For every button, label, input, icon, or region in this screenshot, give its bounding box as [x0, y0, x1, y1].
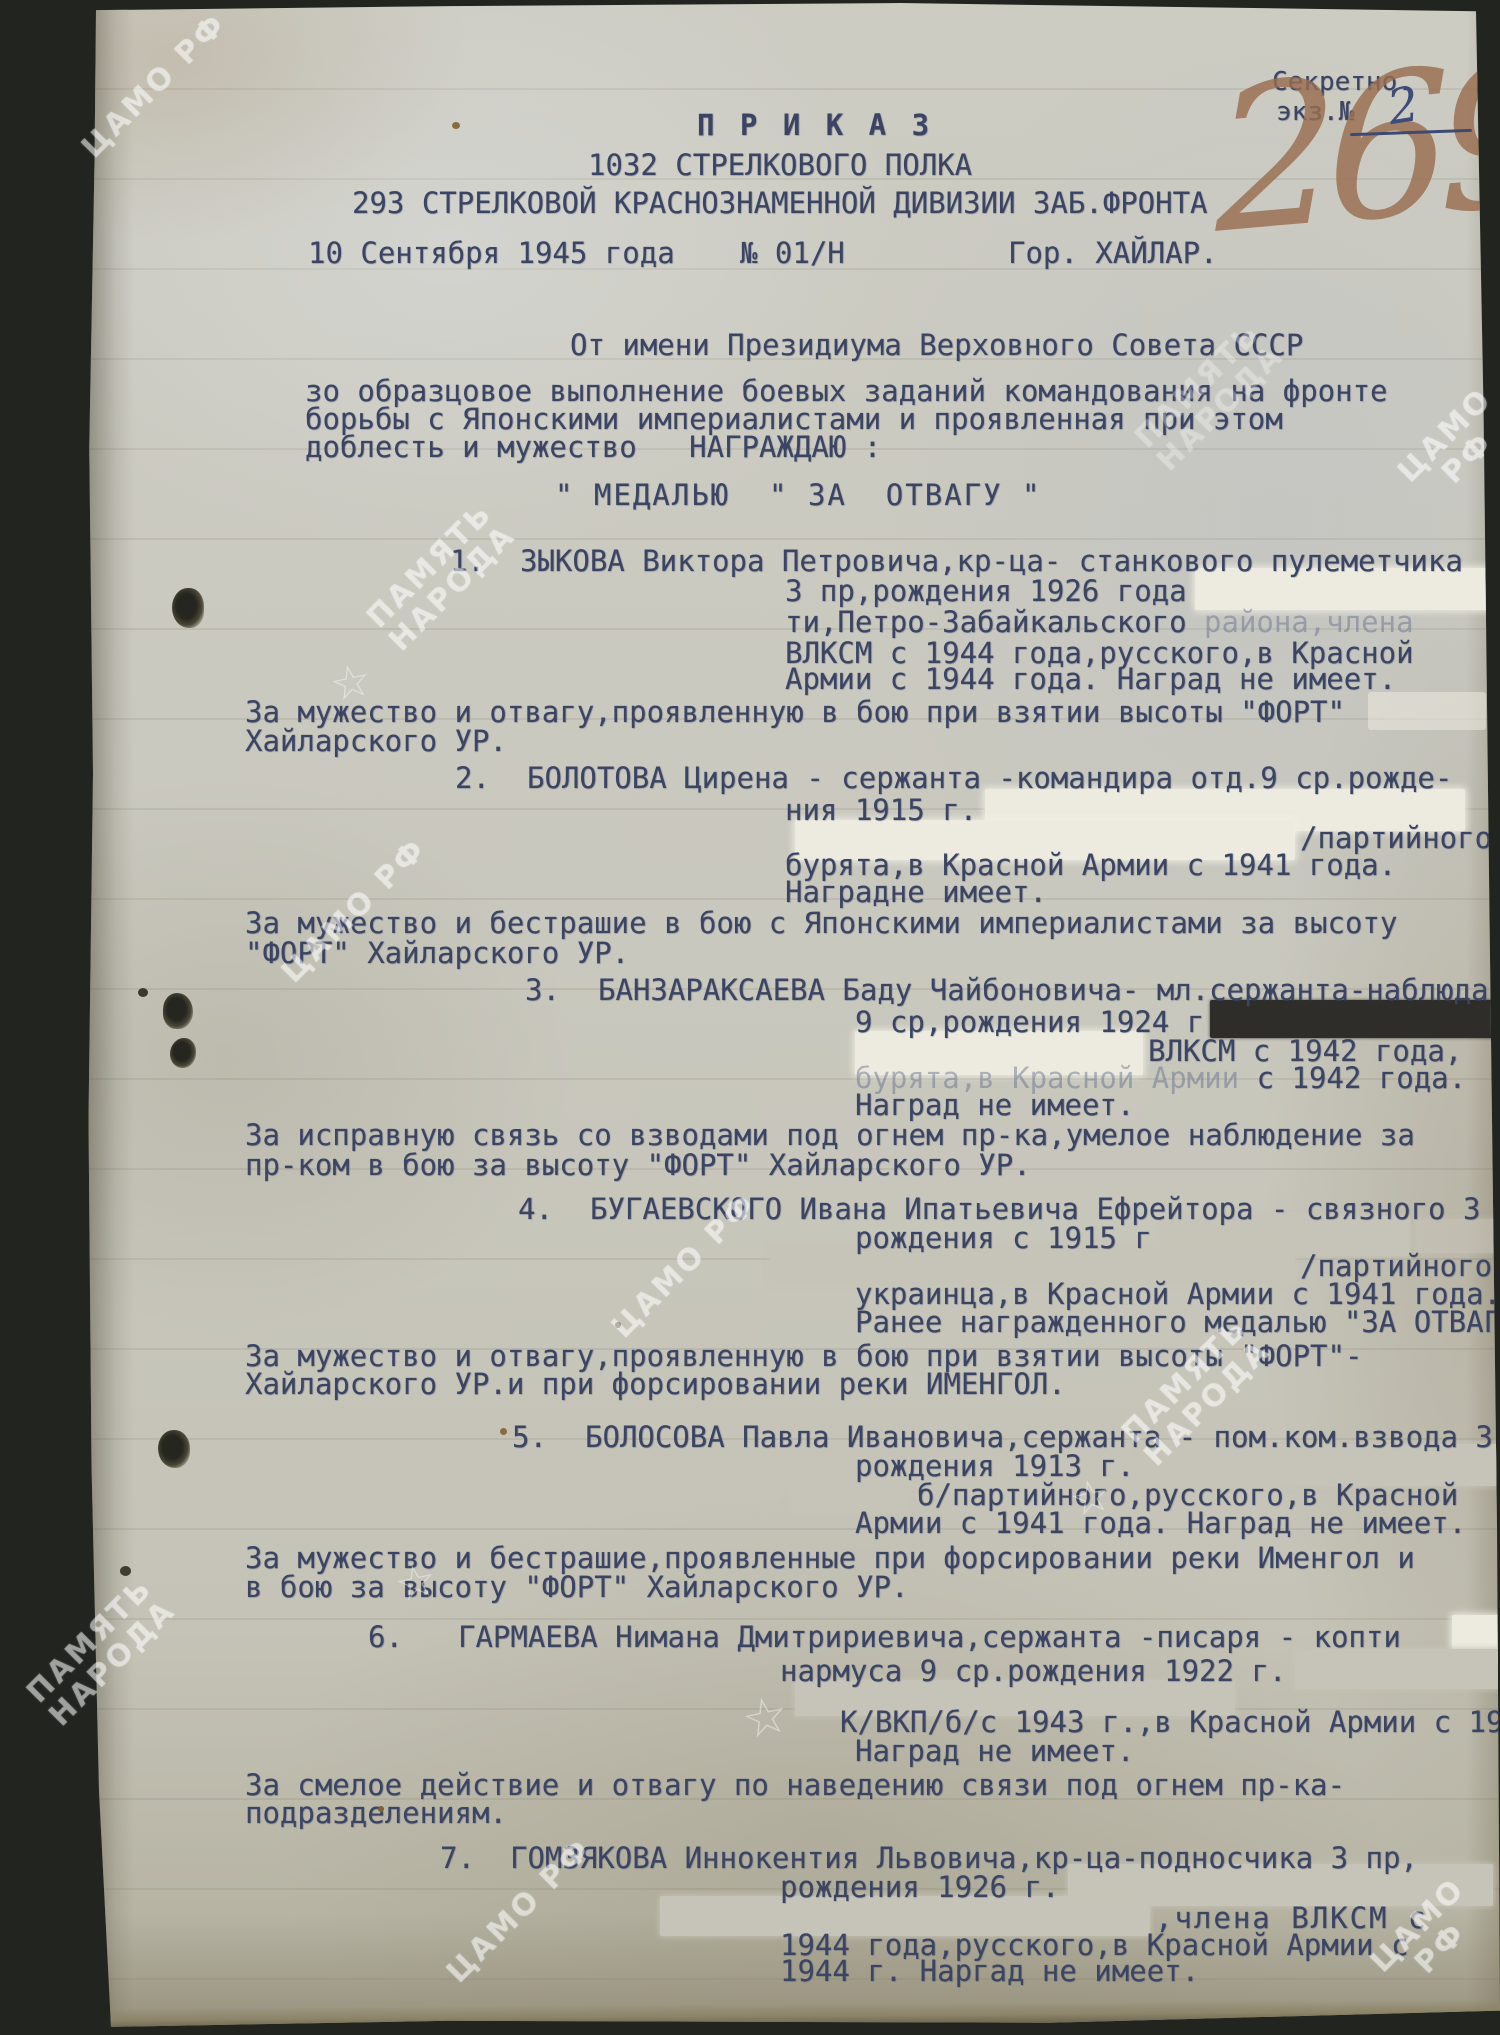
order-place: Гор. ХАЙЛАР.	[1008, 238, 1218, 270]
medal-line: " МЕДАЛЬЮ " ЗА ОТВАГУ "	[555, 480, 1042, 512]
rust-speck	[500, 1428, 507, 1435]
punch-hole	[172, 588, 204, 628]
award-item-head: БОЛОТОВА Цирена - сержанта -командира от…	[527, 763, 1452, 795]
ink-speck	[138, 988, 148, 997]
order-title: П Р И К А З	[697, 110, 933, 142]
order-unit-line2: 293 СТРЕЛКОВОЙ КРАСНОЗНАМЕННОЙ ДИВИЗИИ З…	[352, 188, 1208, 220]
order-unit-line1: 1032 СТРЕЛКОВОГО ПОЛКА	[588, 150, 972, 182]
award-bio-line: рождения с 1915 г	[855, 1223, 1152, 1255]
award-item-number: 7.	[440, 1843, 475, 1875]
award-bio-line: 1944 г. Наргад не имеет.	[780, 1956, 1199, 1988]
bio-text-faded: района,члена	[1204, 605, 1414, 639]
award-bio-line: ния 1915 г.	[785, 795, 977, 827]
award-bio-line: нармуса 9 ср.рождения 1922 г.	[780, 1656, 1286, 1688]
award-bio-line: Ранее награжденного медалью "ЗА ОТВАГУ"	[855, 1307, 1500, 1339]
award-citation-line: Хайларского УР.и при форсировании реки И…	[245, 1369, 1066, 1401]
award-bio-line: Наградне имеет.	[785, 877, 1047, 909]
award-item-number: 6.	[368, 1622, 403, 1654]
punch-hole	[158, 1430, 190, 1468]
order-date: 10 Сентября 1945 года	[308, 238, 675, 270]
award-bio-line: рождения 1926 г.	[780, 1872, 1059, 1904]
paper-left-edge-shadow	[88, 0, 134, 2035]
redaction-bar	[1295, 1649, 1500, 1689]
rust-speck	[378, 1806, 384, 1812]
punch-hole	[163, 993, 193, 1029]
document-page: Секретно. экз.№ П Р И К А З 1032 СТРЕЛКО…	[0, 0, 1500, 2035]
award-bio-line: Наград не имеет.	[855, 1736, 1134, 1768]
punch-hole	[170, 1038, 196, 1068]
award-bio-line: ти,Петро-Забайкальского района,члена	[785, 607, 1414, 639]
order-number: № 01/Н	[740, 238, 845, 270]
award-citation-line: пр-ком в бою за высоту "ФОРТ" Хайларског…	[245, 1150, 1031, 1182]
award-citation-line: подразделениям.	[245, 1798, 507, 1830]
award-item-number: 2.	[455, 763, 490, 795]
award-bio-line: 3 пр,рождения 1926 года	[785, 576, 1187, 608]
award-bio-line: Армии с 1941 года. Наград не имеет.	[855, 1508, 1466, 1540]
award-item-number: 5.	[512, 1422, 547, 1454]
rust-speck	[452, 122, 460, 129]
handwritten-page-number: 269	[1213, 19, 1500, 276]
award-citation-line: Хайларского УР.	[245, 726, 507, 758]
ink-smear	[1368, 692, 1486, 730]
award-item-number: 3.	[525, 975, 560, 1007]
preamble-line1: От имени Президиума Верховного Совета СС…	[570, 330, 1303, 362]
award-citation-line: в бою за высоту "ФОРТ" Хайларского УР.	[245, 1572, 908, 1604]
award-item-head: ГАРМАЕВА Нимана Дмитририевича,сержанта -…	[458, 1622, 1401, 1654]
preamble-line4: доблесть и мужество НАГРАЖДАЮ :	[305, 432, 881, 464]
award-item-number: 4.	[518, 1194, 553, 1226]
award-item-head: БАНЗАРАКСАЕВА Баду Чайбоновича- мл.сержа…	[598, 975, 1500, 1007]
award-bio-line: Армии с 1944 года. Наград не имеет.	[785, 664, 1396, 696]
bio-text: ти,Петро-Забайкальского	[785, 605, 1204, 639]
paper-bottom-edge	[55, 2000, 1500, 2035]
bio-text: с 1942 года.	[1257, 1061, 1467, 1095]
